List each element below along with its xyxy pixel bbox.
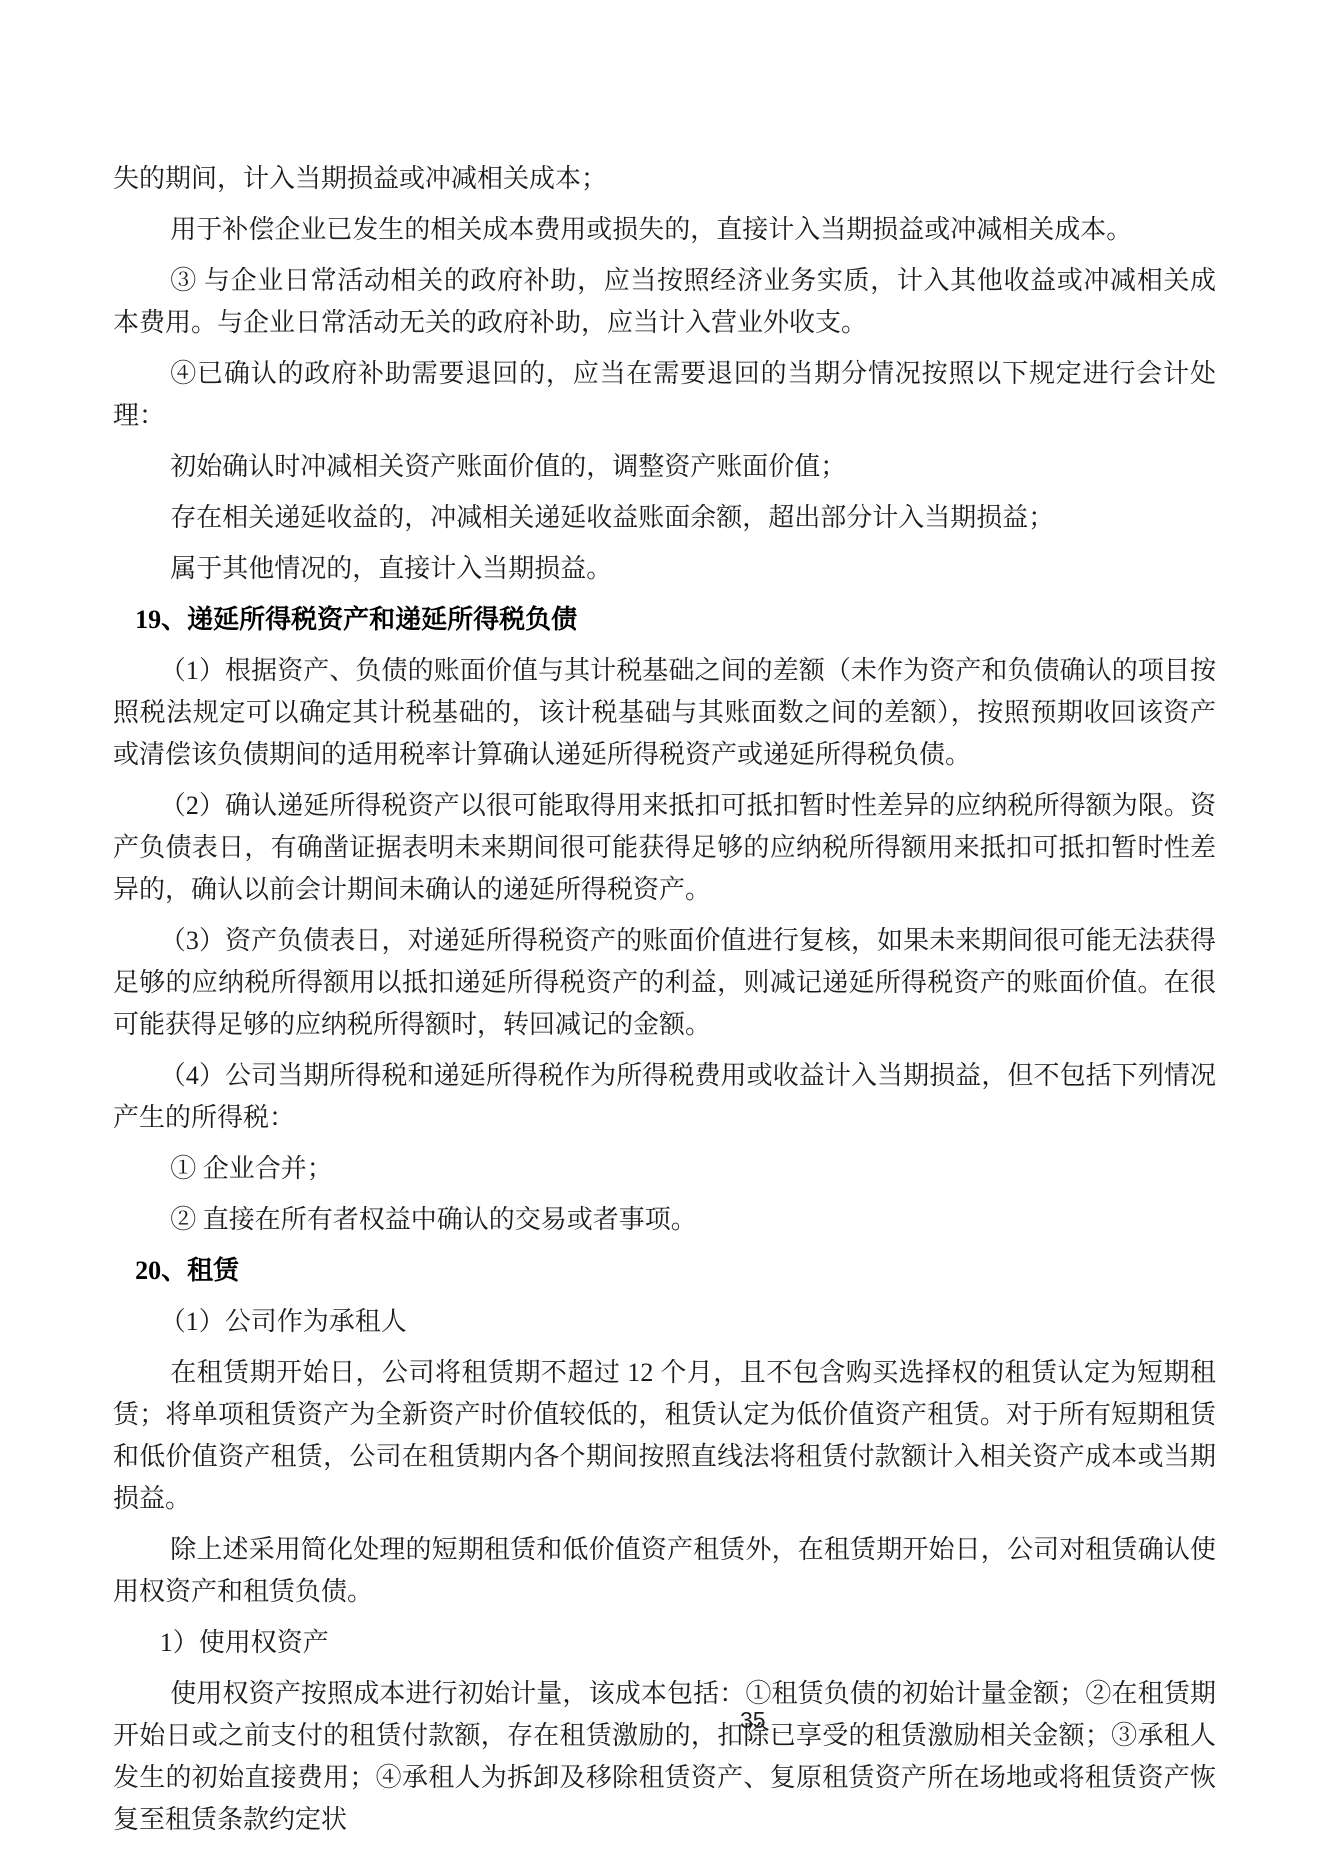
paragraph-exception-equity: ② 直接在所有者权益中确认的交易或者事项。	[113, 1199, 1216, 1241]
paragraph-lease-as-lessee: （1）公司作为承租人	[113, 1301, 1216, 1343]
paragraph-continuation: 失的期间，计入当期损益或冲减相关成本；	[113, 158, 1216, 200]
paragraph-deferred-tax-3: （3）资产负债表日，对递延所得税资产的账面价值进行复核，如果未来期间很可能无法获…	[113, 920, 1216, 1046]
paragraph-deferred-tax-4: （4）公司当期所得税和递延所得税作为所得税费用或收益计入当期损益，但不包括下列情…	[113, 1055, 1216, 1139]
paragraph-deferred-tax-2: （2）确认递延所得税资产以很可能取得用来抵扣可抵扣暂时性差异的应纳税所得额为限。…	[113, 785, 1216, 911]
paragraph-right-of-use-recognition: 除上述采用简化处理的短期租赁和低价值资产租赁外，在租赁期开始日，公司对租赁确认使…	[113, 1529, 1216, 1613]
paragraph-subsidy-item-3: ③ 与企业日常活动相关的政府补助，应当按照经济业务实质，计入其他收益或冲减相关成…	[113, 260, 1216, 344]
document-page: 失的期间，计入当期损益或冲减相关成本； 用于补偿企业已发生的相关成本费用或损失的…	[0, 0, 1323, 1871]
paragraph-subsidy-rule-a: 初始确认时冲减相关资产账面价值的，调整资产账面价值；	[113, 446, 1216, 488]
paragraph-subsidy-rule-c: 属于其他情况的，直接计入当期损益。	[113, 548, 1216, 590]
page-body-text: 失的期间，计入当期损益或冲减相关成本； 用于补偿企业已发生的相关成本费用或损失的…	[113, 158, 1216, 1850]
paragraph-deferred-tax-1: （1）根据资产、负债的账面价值与其计税基础之间的差额（未作为资产和负债确认的项目…	[113, 650, 1216, 776]
page-number: 35	[740, 1706, 766, 1734]
paragraph-right-of-use-asset-title: 1）使用权资产	[113, 1622, 1216, 1664]
paragraph-subsidy-rule-b: 存在相关递延收益的，冲减相关递延收益账面余额，超出部分计入当期损益；	[113, 497, 1216, 539]
paragraph-short-term-lease: 在租赁期开始日，公司将租赁期不超过 12 个月，且不包含购买选择权的租赁认定为短…	[113, 1352, 1216, 1520]
section-heading-20-lease: 20、租赁	[113, 1250, 1216, 1292]
section-heading-19-deferred-tax: 19、递延所得税资产和递延所得税负债	[113, 599, 1216, 641]
paragraph-subsidy-compensation: 用于补偿企业已发生的相关成本费用或损失的，直接计入当期损益或冲减相关成本。	[113, 209, 1216, 251]
paragraph-exception-merger: ① 企业合并；	[113, 1148, 1216, 1190]
paragraph-right-of-use-measurement: 使用权资产按照成本进行初始计量，该成本包括：①租赁负债的初始计量金额；②在租赁期…	[113, 1673, 1216, 1841]
paragraph-subsidy-item-4: ④已确认的政府补助需要退回的，应当在需要退回的当期分情况按照以下规定进行会计处理…	[113, 353, 1216, 437]
